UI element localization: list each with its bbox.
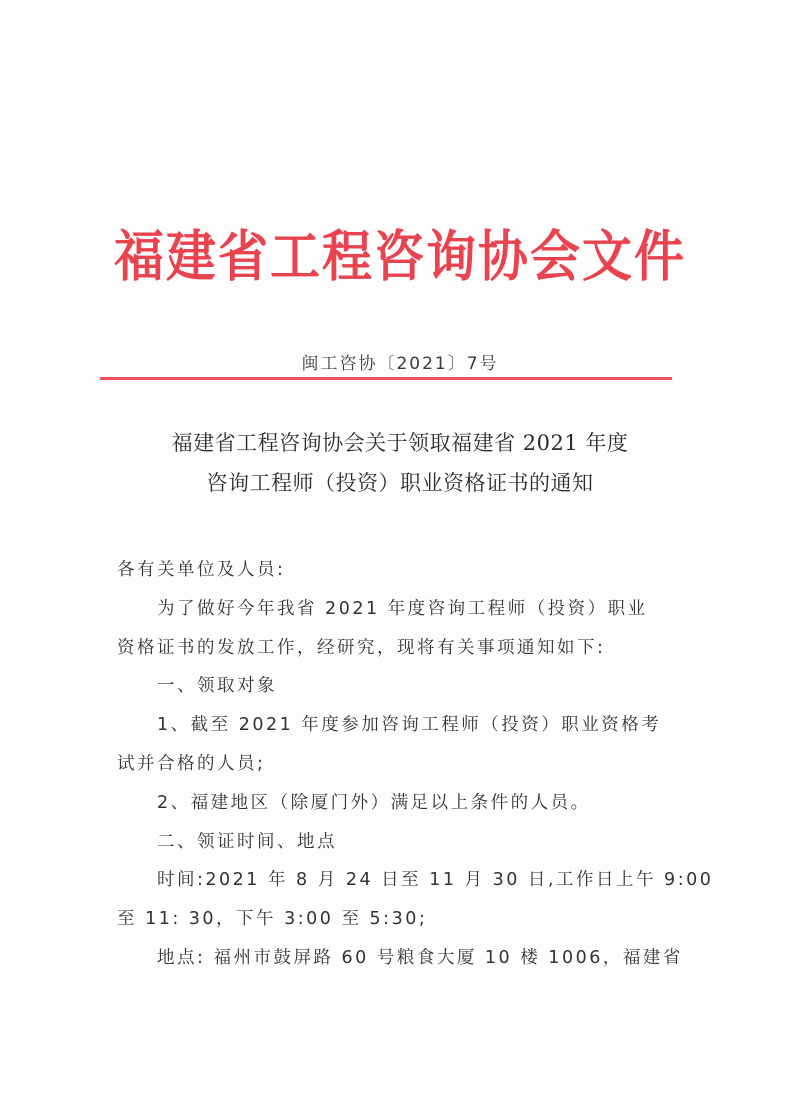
salutation: 各有关单位及人员: — [117, 551, 677, 590]
section-heading-time-place: 二、领证时间、地点 — [117, 823, 677, 862]
time-line-1: 时间:2021 年 8 月 24 日至 11 月 30 日,工作日上午 9:00 — [117, 861, 677, 900]
notice-title: 福建省工程咨询协会关于领取福建省 2021 年度 咨询工程师（投资）职业资格证书… — [0, 423, 800, 503]
paragraph-intro-line-2: 资格证书的发放工作，经研究，现将有关事项通知如下: — [117, 629, 677, 668]
notice-title-line-1: 福建省工程咨询协会关于领取福建省 2021 年度 — [0, 423, 800, 463]
document-number: 闽工咨协〔2021〕7号 — [0, 349, 800, 374]
paragraph-intro-line-1: 为了做好今年我省 2021 年度咨询工程师（投资）职业 — [117, 590, 677, 629]
organization-title: 福建省工程咨询协会文件 — [0, 219, 800, 296]
item-2: 2、福建地区（除厦门外）满足以上条件的人员。 — [117, 784, 677, 823]
section-heading-recipients: 一、领取对象 — [117, 667, 677, 706]
item-1-line-2: 试并合格的人员; — [117, 745, 677, 784]
notice-title-line-2: 咨询工程师（投资）职业资格证书的通知 — [0, 463, 800, 503]
location-line-1: 地点: 福州市鼓屏路 60 号粮食大厦 10 楼 1006，福建省 — [117, 939, 677, 978]
red-divider-line — [100, 377, 672, 380]
notice-body: 各有关单位及人员: 为了做好今年我省 2021 年度咨询工程师（投资）职业 资格… — [117, 551, 677, 978]
time-line-2: 至 11: 30，下午 3:00 至 5:30; — [117, 900, 677, 939]
document-page: 福建省工程咨询协会文件 闽工咨协〔2021〕7号 福建省工程咨询协会关于领取福建… — [0, 0, 800, 1099]
item-1-line-1: 1、截至 2021 年度参加咨询工程师（投资）职业资格考 — [117, 706, 677, 745]
